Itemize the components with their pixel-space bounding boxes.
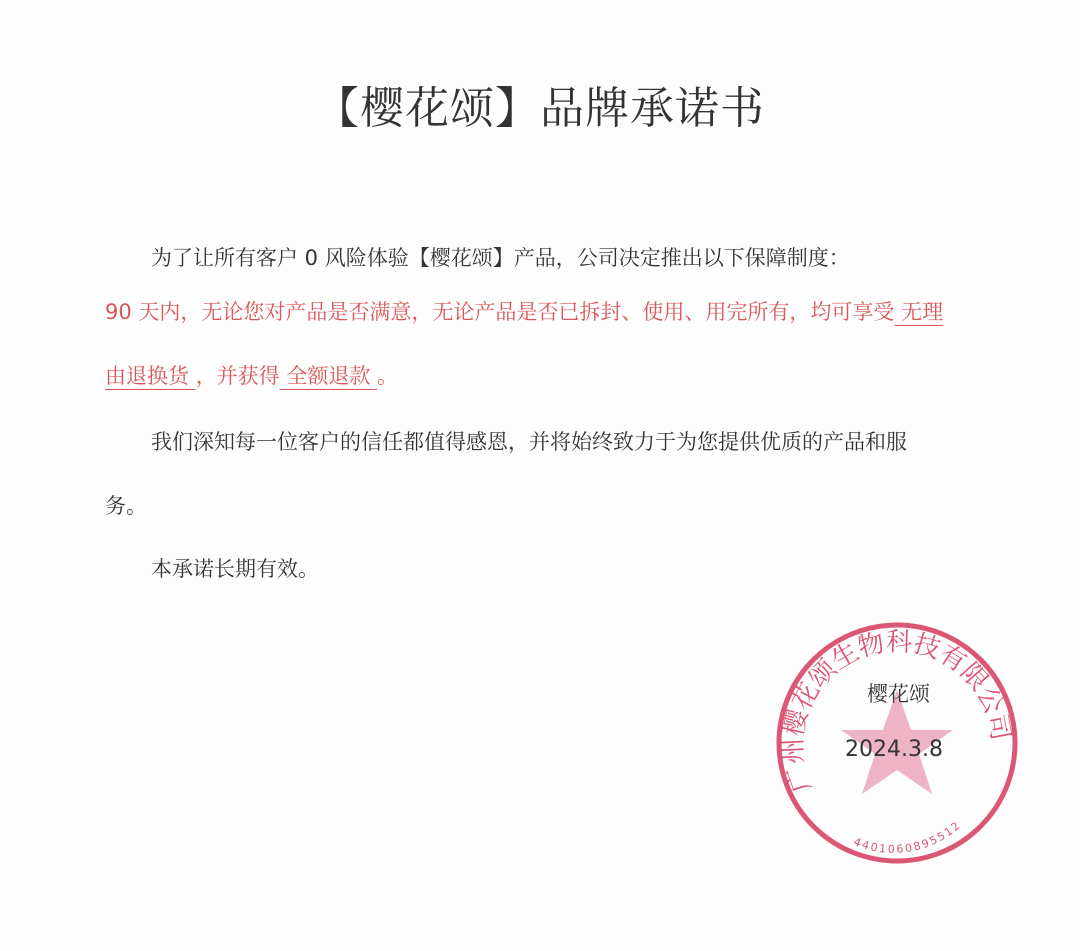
signature-name: 樱花颂: [867, 678, 930, 708]
signature-date: 2024.3.8: [845, 737, 943, 762]
gratitude-paragraph: 我们深知每一位客户的信任都值得感恩，并将始终致力于为您提供优质的产品和服务。: [105, 410, 945, 538]
full-refund-term: 全额退款: [280, 364, 377, 388]
guarantee-paragraph: 90 天内，无论您对产品是否满意，无论产品是否已拆封、使用、用完所有，均可享受 …: [105, 280, 945, 408]
guarantee-text-1: 90 天内，无论您对产品是否满意，无论产品是否已拆封、使用、用完所有，均可享受: [105, 300, 894, 324]
guarantee-text-2: ，并获得: [196, 364, 280, 388]
document-page: 【樱花颂】品牌承诺书 为了让所有客户 0 风险体验【樱花颂】产品，公司决定推出以…: [0, 0, 1080, 951]
document-title: 【樱花颂】品牌承诺书: [0, 72, 1080, 136]
validity-paragraph: 本承诺长期有效。: [105, 537, 945, 601]
guarantee-text-3: 。: [377, 364, 398, 388]
